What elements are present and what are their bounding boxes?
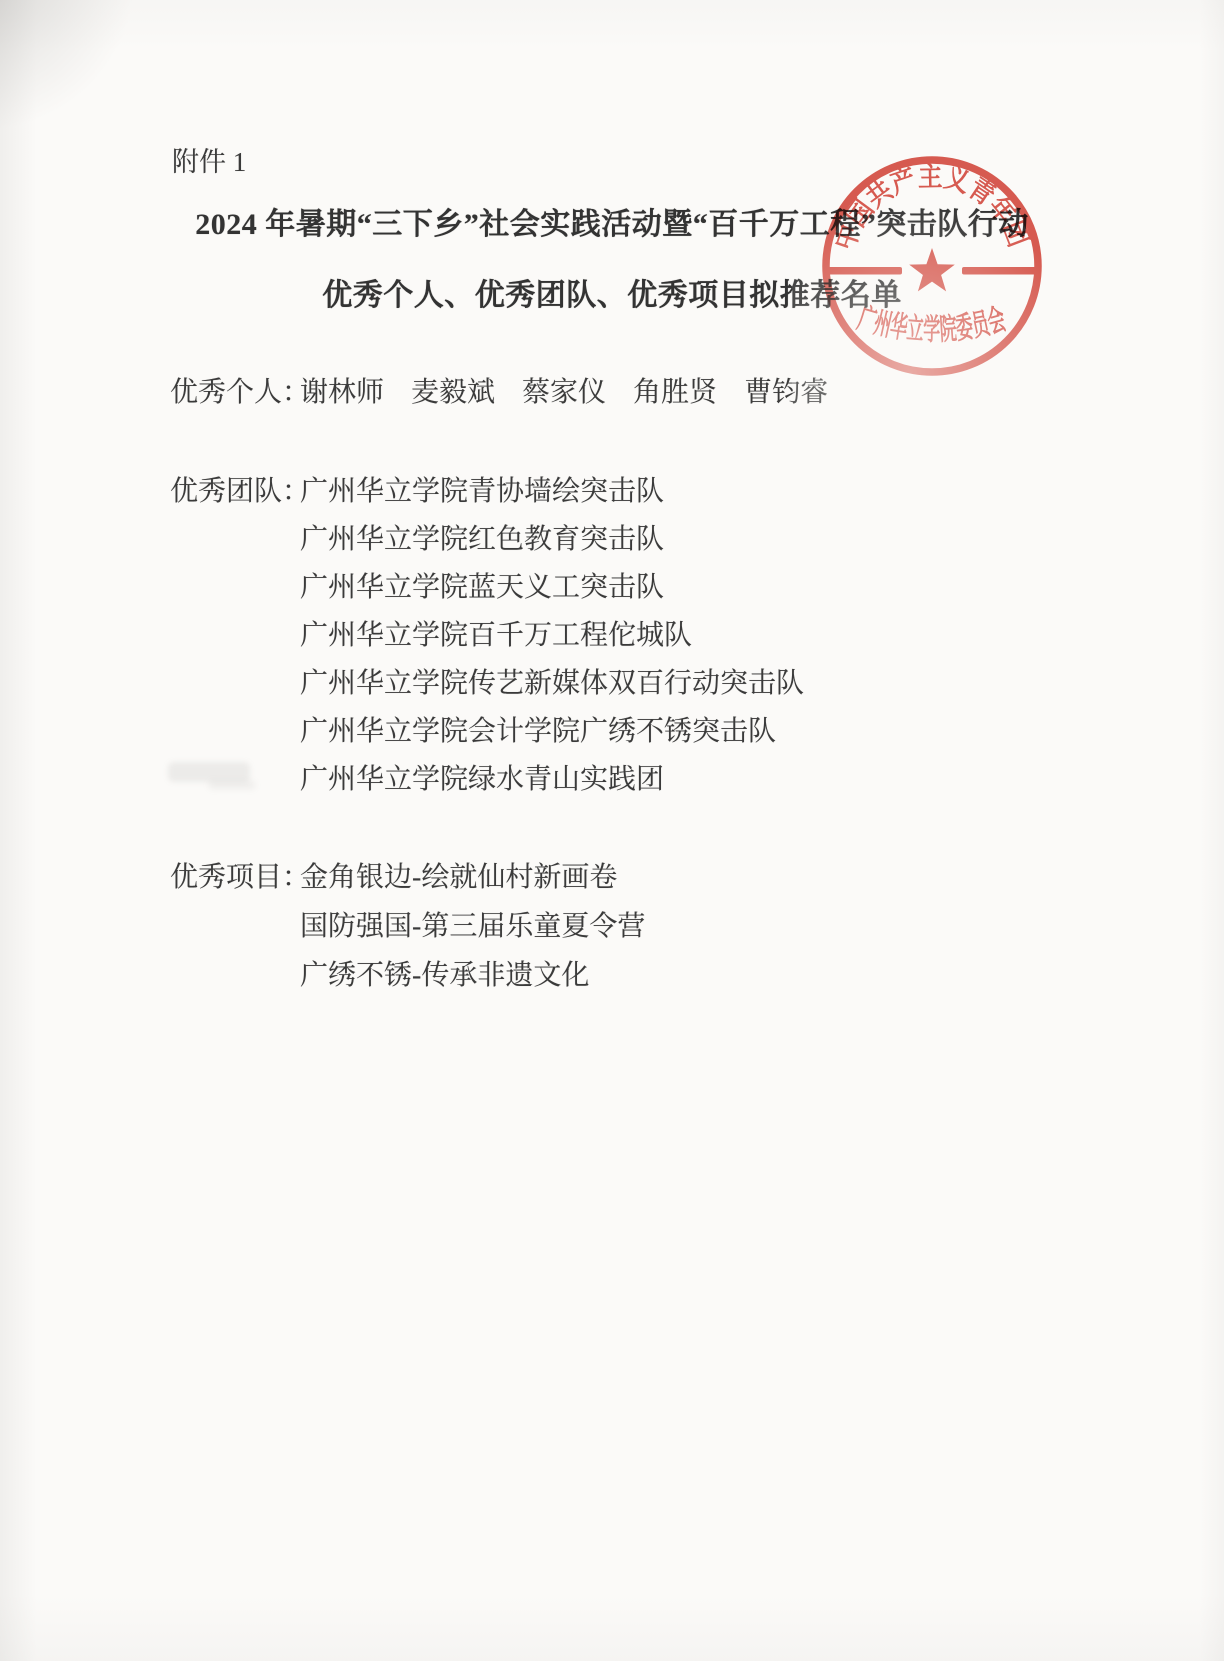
team-list-item: 广州华立学院蓝天义工突击队 bbox=[300, 564, 804, 612]
individual-name: 角胜贤 bbox=[633, 378, 717, 408]
team-list-item: 广州华立学院百千万工程佗城队 bbox=[300, 612, 804, 660]
team-list-item: 广州华立学院传艺新媒体双百行动突击队 bbox=[300, 660, 804, 708]
stamp-name-text: 广州华立学院委员会 bbox=[854, 302, 1009, 347]
individuals-section-label: 优秀个人： bbox=[170, 378, 310, 408]
individual-name: 麦毅斌 bbox=[411, 378, 495, 408]
project-list-item: 广绣不锈-传承非遗文化 bbox=[300, 951, 645, 1000]
team-list-item: 广州华立学院绿水青山实践团 bbox=[300, 756, 804, 804]
individual-name: 谢林师 bbox=[300, 378, 384, 408]
project-list-item: 国防强国-第三届乐童夏令营 bbox=[300, 902, 645, 951]
document-page: 附件 1 2024 年暑期“三下乡”社会实践活动暨“百千万工程”突击队行动 优秀… bbox=[0, 0, 1224, 1661]
stamp-left-bar bbox=[828, 267, 902, 275]
projects-list: 金角银边-绘就仙村新画卷 国防强国-第三届乐童夏令营 广绣不锈-传承非遗文化 bbox=[300, 853, 645, 1000]
team-list-item: 广州华立学院青协墙绘突击队 bbox=[300, 468, 804, 516]
stamp-right-bar bbox=[962, 267, 1037, 275]
team-list-item: 广州华立学院会计学院广绣不锈突击队 bbox=[300, 708, 804, 756]
project-list-item: 金角银边-绘就仙村新画卷 bbox=[300, 853, 645, 902]
team-list-item: 广州华立学院红色教育突击队 bbox=[300, 516, 804, 564]
scan-smudge bbox=[168, 762, 250, 782]
teams-list: 广州华立学院青协墙绘突击队 广州华立学院红色教育突击队 广州华立学院蓝天义工突击… bbox=[300, 468, 804, 804]
official-seal-stamp: 中国共产主义青年团 广州华立学院委员会 bbox=[792, 126, 1072, 406]
teams-section-label: 优秀团队： bbox=[170, 468, 310, 516]
attachment-label: 附件 1 bbox=[172, 140, 246, 179]
projects-section-label: 优秀项目： bbox=[170, 853, 310, 902]
star-icon bbox=[909, 248, 955, 291]
individuals-name-list: 谢林师麦毅斌蔡家仪角胜贤曹钧睿 bbox=[300, 378, 828, 408]
scan-smudge bbox=[208, 780, 256, 790]
individual-name: 蔡家仪 bbox=[522, 378, 606, 408]
stamp-arc-text: 中国共产主义青年团 bbox=[829, 161, 1035, 254]
